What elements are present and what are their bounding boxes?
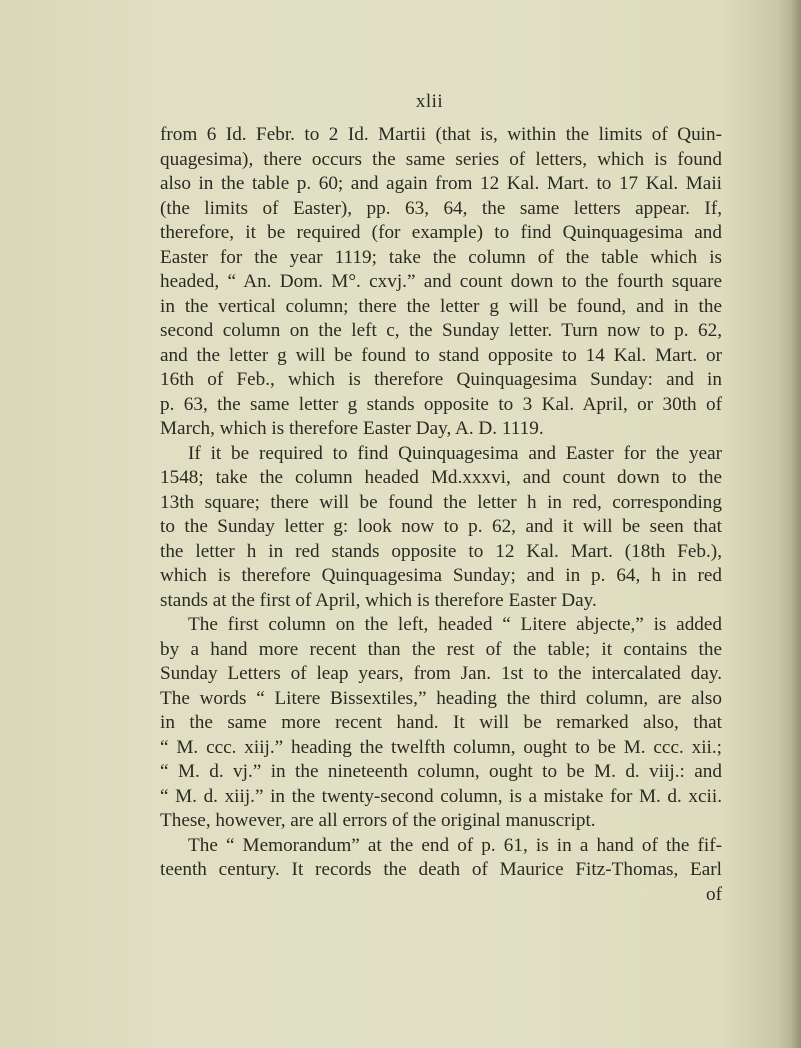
page-edge-shadow <box>791 0 801 1048</box>
text-line: p. 63, the same letter g stands opposite… <box>160 393 722 418</box>
text-line: also in the table p. 60; and again from … <box>160 172 722 197</box>
text-line: The first column on the left, headed “ L… <box>160 613 722 638</box>
paragraph-1: from 6 Id. Febr. to 2 Id. Martii (that i… <box>160 123 722 442</box>
text-line: teenth century. It records the death of … <box>160 858 722 883</box>
text-line: 1548; take the column headed Md.xxxvi, a… <box>160 466 722 491</box>
text-line: 16th of Feb., which is therefore Quinqua… <box>160 368 722 393</box>
text-line: therefore, it be required (for example) … <box>160 221 722 246</box>
text-line: to the Sunday letter g: look now to p. 6… <box>160 515 722 540</box>
text-line: second column on the left c, the Sunday … <box>160 319 722 344</box>
text-line: (the limits of Easter), pp. 63, 64, the … <box>160 197 722 222</box>
text-line: March, which is therefore Easter Day, A.… <box>160 417 722 442</box>
text-line: in the vertical column; there the letter… <box>160 295 722 320</box>
text-line: which is therefore Quinquagesima Sunday;… <box>160 564 722 589</box>
text-line: If it be required to find Quinquagesima … <box>160 442 722 467</box>
text-line: Sunday Letters of leap years, from Jan. … <box>160 662 722 687</box>
text-line: quagesima), there occurs the same series… <box>160 148 722 173</box>
catchword: of <box>160 883 722 908</box>
text-line: in the same more recent hand. It will be… <box>160 711 722 736</box>
text-line: by a hand more recent than the rest of t… <box>160 638 722 663</box>
text-line: “ M. d. vj.” in the nineteenth column, o… <box>160 760 722 785</box>
text-line: headed, “ An. Dom. M°. cxvj.” and count … <box>160 270 722 295</box>
text-line: The “ Memorandum” at the end of p. 61, i… <box>160 834 722 859</box>
text-line: These, however, are all errors of the or… <box>160 809 722 834</box>
page-number: xlii <box>0 91 801 113</box>
paragraph-3: The first column on the left, headed “ L… <box>160 613 722 834</box>
text-line: “ M. d. xiij.” in the twenty-second colu… <box>160 785 722 810</box>
text-line: The words “ Litere Bissextiles,” heading… <box>160 687 722 712</box>
text-line: 13th square; there will be found the let… <box>160 491 722 516</box>
paragraph-4: The “ Memorandum” at the end of p. 61, i… <box>160 834 722 908</box>
paragraph-2: If it be required to find Quinquagesima … <box>160 442 722 614</box>
text-line: “ M. ccc. xiij.” heading the twelfth col… <box>160 736 722 761</box>
text-line: from 6 Id. Febr. to 2 Id. Martii (that i… <box>160 123 722 148</box>
text-line: and the letter g will be found to stand … <box>160 344 722 369</box>
text-line: Easter for the year 1119; take the colum… <box>160 246 722 271</box>
text-line: stands at the first of April, which is t… <box>160 589 722 614</box>
text-line: the letter h in red stands opposite to 1… <box>160 540 722 565</box>
body-text: from 6 Id. Febr. to 2 Id. Martii (that i… <box>160 123 722 907</box>
